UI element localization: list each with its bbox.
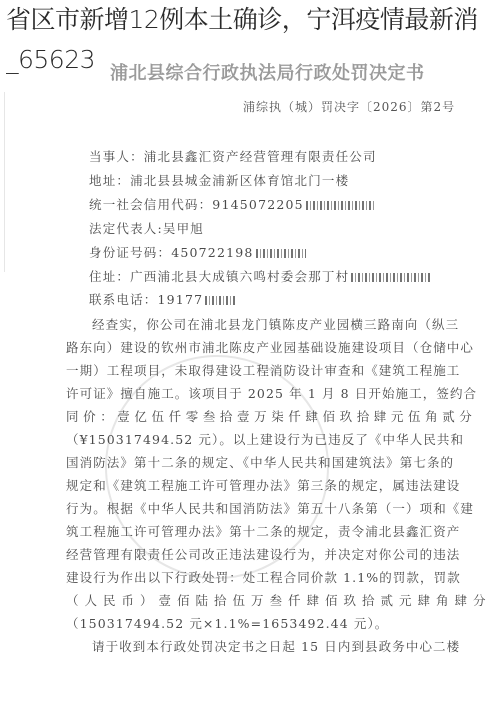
id-number-text: 身份证号码：450722198: [89, 245, 254, 260]
redacted-mark: [306, 201, 376, 210]
document-number: 浦综执（城）罚决字〔2026〕第2号: [243, 98, 455, 115]
penalty-decision-document: 浦北县综合行政执法局行政处罚决定书 浦综执（城）罚决字〔2026〕第2号 当事人…: [0, 0, 500, 707]
body-line: 同价：壹亿伍仟零叁拾壹万柒仟肆佰玖拾肆元伍角贰分: [66, 407, 476, 425]
body-line: 国消防法》第十二条的规定、《中华人民共和国建筑法》第七条的: [66, 453, 454, 471]
body-line: 经查实，你公司在浦北县龙门镇陈皮产业园横三路南向（纵三: [92, 315, 459, 333]
body-line: 许可证》擅自施工。该项目于 2025 年 1 月 8 日开始施工，签约合: [66, 384, 477, 402]
field-address: 地址：浦北县县城金浦新区体育馆北门一楼: [89, 171, 349, 189]
body-line: 筑工程施工许可管理办法》第十二条的规定，责令浦北县鑫汇资产: [66, 522, 460, 540]
body-line: 规定和《建筑工程施工许可管理办法》第三条的规定，属违法建设: [66, 476, 460, 494]
residence-text: 住址：广西浦北县大成镇六鸣村委会那丁村: [89, 269, 349, 284]
field-phone: 联系电话：19177: [89, 290, 237, 308]
body-line: 路东向）建设的钦州市浦北陈皮产业园基础设施建设项目（仓储中心: [66, 338, 474, 356]
body-line: 一期）工程项目，未取得建设工程消防设计审查和《建筑工程施工: [66, 361, 460, 379]
field-credit-code: 统一社会信用代码：9145072205: [89, 195, 376, 213]
credit-code-text: 统一社会信用代码：9145072205: [89, 197, 304, 212]
body-line: 经营管理有限责任公司改正违法建设行为，并决定对你公司的违法: [66, 545, 460, 563]
phone-text: 联系电话：19177: [89, 292, 203, 307]
page-edge: [4, 92, 5, 272]
body-line: （¥150317494.52 元）。以上建设行为已违反了《中华人民共和: [66, 430, 464, 448]
field-legal-rep: 法定代表人:吴甲旭: [89, 219, 204, 237]
field-residence: 住址：广西浦北县大成镇六鸣村委会那丁村: [89, 267, 431, 285]
field-party: 当事人：浦北县鑫汇资产经营管理有限责任公司: [89, 147, 377, 165]
body-line: 请于收到本行政处罚决定书之日起 15 日内到县政务中心二楼: [92, 637, 460, 655]
body-line: （人民币）壹佰陆拾伍万叁仟肆佰玖拾贰元肆角肆分: [66, 591, 492, 609]
redacted-mark: [351, 273, 431, 282]
field-id-number: 身份证号码：450722198: [89, 243, 306, 261]
body-line: 行为。根据《中华人民共和国消防法》第五十八条第（一）项和《建: [66, 499, 474, 517]
redacted-mark: [256, 249, 306, 258]
body-line: （150317494.52 元×1.1%=1653492.44 元）。: [66, 614, 388, 632]
document-title: 浦北县综合行政执法局行政处罚决定书: [110, 59, 425, 85]
redacted-mark: [205, 296, 237, 305]
body-line: 建设行为作出以下行政处罚：处工程合同价款 1.1%的罚款，罚款: [66, 568, 461, 586]
